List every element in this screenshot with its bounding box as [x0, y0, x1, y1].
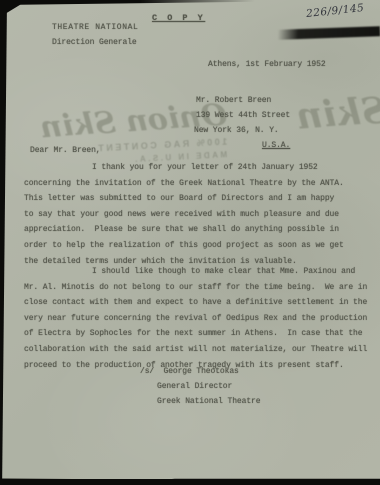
dateline: Athens, 1st February 1952: [208, 60, 326, 69]
body-line: appreciation. Please be sure that we sha…: [24, 222, 366, 238]
salutation: Dear Mr. Breen,: [30, 146, 101, 155]
letterhead-line2: Direction Generale: [52, 38, 137, 47]
body-line: This letter was submitted to our Board o…: [24, 191, 366, 207]
body-line: very near future concerning the revival …: [24, 311, 366, 327]
signature-line: /s/ George Theotokas: [140, 367, 239, 376]
copy-heading: C O P Y: [152, 13, 205, 23]
body-line: close contact with them and expect to ha…: [24, 295, 366, 311]
letterhead-line1: THEATRE NATIONAL: [52, 23, 138, 32]
recipient-name: Mr. Robert Breen: [196, 96, 271, 105]
recipient-country: U.S.A.: [262, 141, 290, 150]
recipient-street: 139 West 44th Street: [196, 111, 290, 120]
signature-organization: Greek National Theatre: [157, 397, 260, 406]
body-line: concerning the invitation of the Greek N…: [24, 176, 366, 192]
body-paragraph-2: I should like though to make clear that …: [24, 264, 366, 373]
signature-title: General Director: [157, 382, 232, 391]
body-line: to say that your good news were received…: [24, 207, 366, 223]
body-line: order to help the realization of this go…: [24, 238, 366, 254]
body-line: I thank you for your letter of 24th Janu…: [24, 160, 366, 176]
body-line: of Electra by Sophocles for the next sum…: [24, 326, 366, 342]
scanned-letter-page: Onion Skin 100% RAG CONTENT MADE IN U.S.…: [0, 0, 380, 485]
body-line: I should like though to make clear that …: [24, 264, 366, 280]
body-line: Mr. Al. Minotis do not belong to our sta…: [24, 280, 366, 296]
body-line: collaboration with the said artist will …: [24, 342, 366, 358]
recipient-city: New York 36, N. Y.: [194, 126, 279, 135]
body-paragraph-1: I thank you for your letter of 24th Janu…: [24, 160, 366, 269]
